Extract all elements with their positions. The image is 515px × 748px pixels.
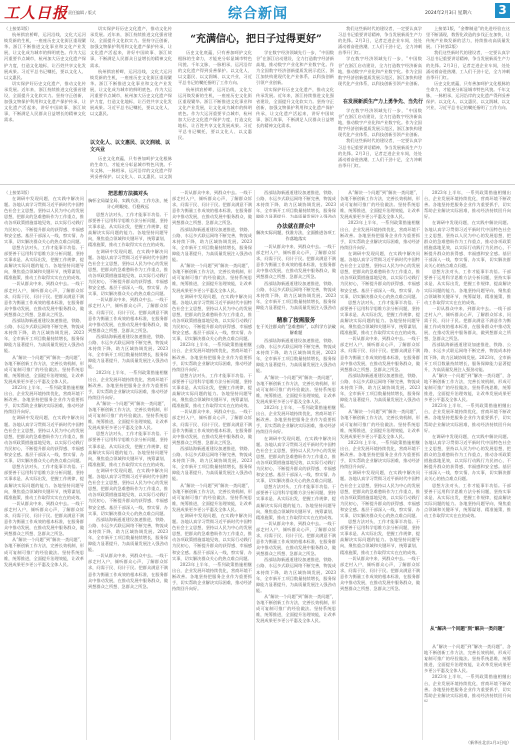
lead-col-3: 历史文化底蕴，只有善加呵护文化根脉的生命力，才能充分彰显城市特色风貌。千年文脉，… xyxy=(178,50,252,180)
lead-col-1: （上接第1版） 杭州拱宸桥畔，运河沿线，文化大运河焕发新的生机，一座座历史文化街… xyxy=(4,26,86,176)
column-divider xyxy=(254,190,255,740)
story2-subhead-b: 办法就在群众中 xyxy=(256,222,336,230)
lead-col-6: 上接第1版，“金牌制造”的先进经验在这里不断涌现，数智化改造的步伐正在加快，让传… xyxy=(426,26,510,180)
story2-subhead-a: 把思想方法搞对头 xyxy=(88,190,168,197)
lead-col-2b: 历史文化底蕴，只有善加呵护文化根脉的生命力，才能充分彰显城市特色风貌。千年文脉，… xyxy=(90,156,172,180)
dateline: 2024年2月3日 星期六 xyxy=(425,10,472,16)
lead-col-5b: 学在数字经济领域先行一步，“中国数谷”在浙江启动建设，全力打造数字经济新高地，推… xyxy=(338,108,422,180)
story2-subhead-a-deck: 胸怀全局谋全局、实践方法、工作方法、统计心明眼亮、行稳致远 xyxy=(88,198,168,210)
column-divider xyxy=(338,190,339,740)
story2-col-5: 从“解决一个问题”到“解决一类问题”，各地不断创新工作方法，完善长效机制，形成可… xyxy=(340,190,420,710)
lead-col-5: 我们这些新时代的建设者，一定要认真学习总书记重要讲话精神，争当发展新质生产力的先… xyxy=(338,26,422,96)
page-number-badge: 3 xyxy=(495,3,510,18)
masthead: 工人日报 责任编辑 / 版式 综合新闻 2024年2月3日 星期六 3 xyxy=(0,0,515,22)
story2-col-1: （上接第1版） 在调研中发现问题，在实践中解决问题。各地认真学习贯彻习近平新时代… xyxy=(4,190,84,710)
column-divider xyxy=(86,190,87,740)
article-credit: （新华社北京2月3日电） xyxy=(466,740,511,746)
story2-col-6a: 2023年上半年，一系列政策措施相继出台，企业发展环境持续优化，营商环境不断改善… xyxy=(424,190,511,598)
lead-subhead-2: 在发展新质生产力上勇争先、当先行 xyxy=(338,98,428,105)
story2-subhead-b-deck: 解决实际问题，找准方法，全面推进各项工作落地落实 xyxy=(256,230,336,242)
logo-subtitle: 责任编辑 / 版式 xyxy=(68,10,96,16)
story2-col-3: 一切从群众中来、到群众中去。一线干部走村入户，倾听群众心声，了解群众诉求，问需于… xyxy=(172,190,252,710)
story2-col-2: 思想方法对头，工作才能事半功倍。干部要善于运用科学思维方法分析问题，坚持实事求是… xyxy=(88,212,168,710)
story2-subhead-c-deck: 在于关注群众的“急难愁盼”，以科学方法破解难题 xyxy=(256,324,336,336)
story2-col-4a: 西部陆海新通道建设加速推进，铁路、公路、水运多式联运网络不断完善，物流成本持续下… xyxy=(256,190,336,218)
story2-col-4b: 一切从群众中来、到群众中去。一线干部走村入户，倾听群众心声，了解群众诉求，问需于… xyxy=(256,244,336,312)
story2-col-4c: 西部陆海新通道建设加速推进，铁路、公路、水运多式联运网络不断完善，物流成本持续下… xyxy=(256,338,336,710)
lead-headline: “充满信心，把日子过得更好” xyxy=(178,30,334,45)
story2-subhead-c: 精准了按需服务 xyxy=(256,316,336,324)
column-divider xyxy=(170,190,171,740)
lead-col-2: 切实保护好历史文化遗产，推动文化传承发展。近年来，浙江持续推进文化强省建设，全面… xyxy=(90,26,172,136)
section-divider xyxy=(0,184,515,185)
newspaper-logo: 工人日报 xyxy=(4,2,68,23)
column-divider xyxy=(422,190,423,740)
story2-col-6b: 从“解决一个问题”到“解决一类问题”，各地不断创新工作方法，完善长效机制，形成可… xyxy=(424,644,511,702)
lead-col-4: 学在数字经济领域先行一步，“中国数谷”在浙江启动建设，全力打造数字经济新高地，推… xyxy=(256,50,334,180)
story2-subhead-d: 从“解决一个问题”到“解决一类问题” xyxy=(424,626,511,633)
lead-subhead-1: 以文化人、以文惠民、以文润城、以文兴业 xyxy=(90,140,172,154)
section-title: 综合新闻 xyxy=(228,3,288,23)
masthead-divider xyxy=(0,22,515,23)
